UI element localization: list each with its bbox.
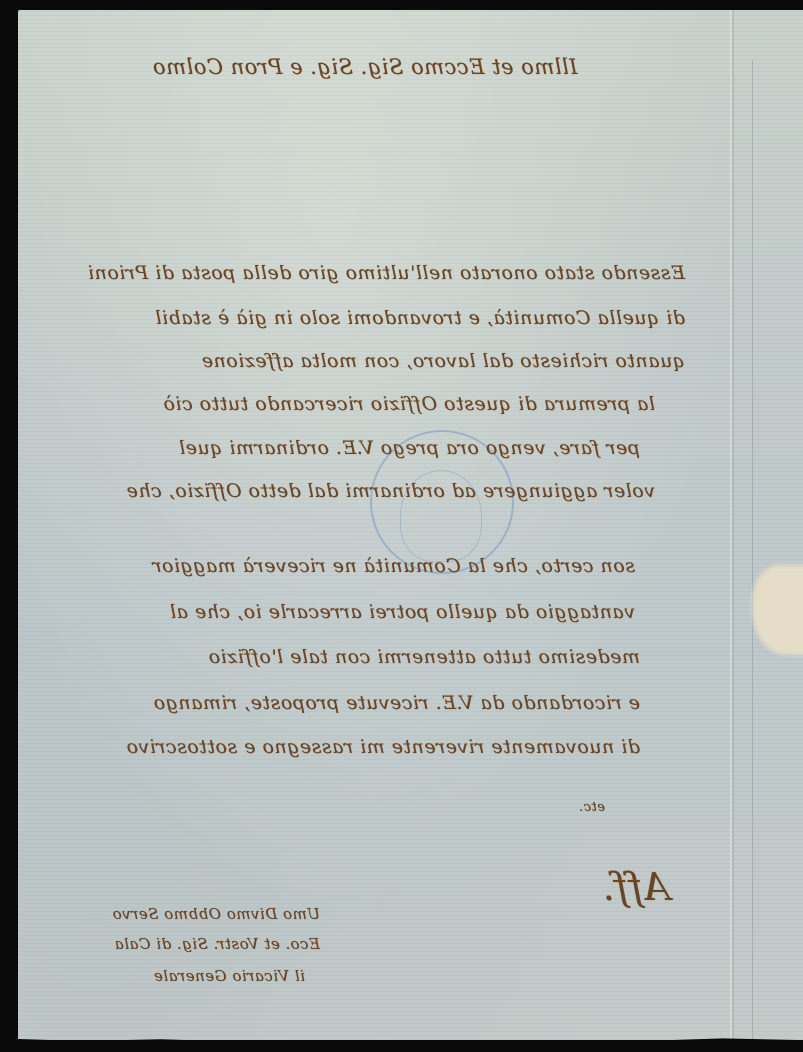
body-line: son certo, che la Comunità ne riceverà m… bbox=[15, 555, 635, 577]
footer-line: Eco. et Vostr. Sig. di Cala bbox=[0, 935, 320, 953]
footer-line: Umo Divmo Obbmo Servo bbox=[20, 905, 320, 923]
body-line: e ricordando da V.E. ricevute proposte, … bbox=[10, 692, 640, 714]
body-line: per fare, vengo ora prego V.E. ordinarmi… bbox=[40, 437, 640, 459]
body-line: medesimo tutto attenermi con tale l'offi… bbox=[10, 646, 640, 668]
body-line: la premura di questo Offizio ricercando … bbox=[15, 393, 655, 415]
body-line: vantaggio da quello potrei arrecarle io,… bbox=[15, 601, 635, 623]
footer-line: il Vicario Generale bbox=[55, 967, 305, 985]
body-line: Essendo stato onorato nell'ultimo giro d… bbox=[15, 262, 685, 284]
body-line: voler aggiungere ad ordinarmi dal detto … bbox=[15, 480, 655, 502]
body-line: quanto richiesto dal lavoro, con molta a… bbox=[15, 350, 685, 372]
salutation: Illmo et Eccmo Sig. Sig. e Pron Colmo bbox=[135, 55, 595, 79]
closing-abbreviation: etc. bbox=[555, 800, 605, 815]
body-line: di nuovamente riverente mi rassegno e so… bbox=[10, 736, 640, 758]
body-line: di quella Comunità, e trovandomi solo in… bbox=[15, 307, 685, 329]
page-fold-line bbox=[730, 10, 734, 1040]
page-crease bbox=[752, 60, 753, 1040]
signature: Aff. bbox=[560, 865, 670, 909]
